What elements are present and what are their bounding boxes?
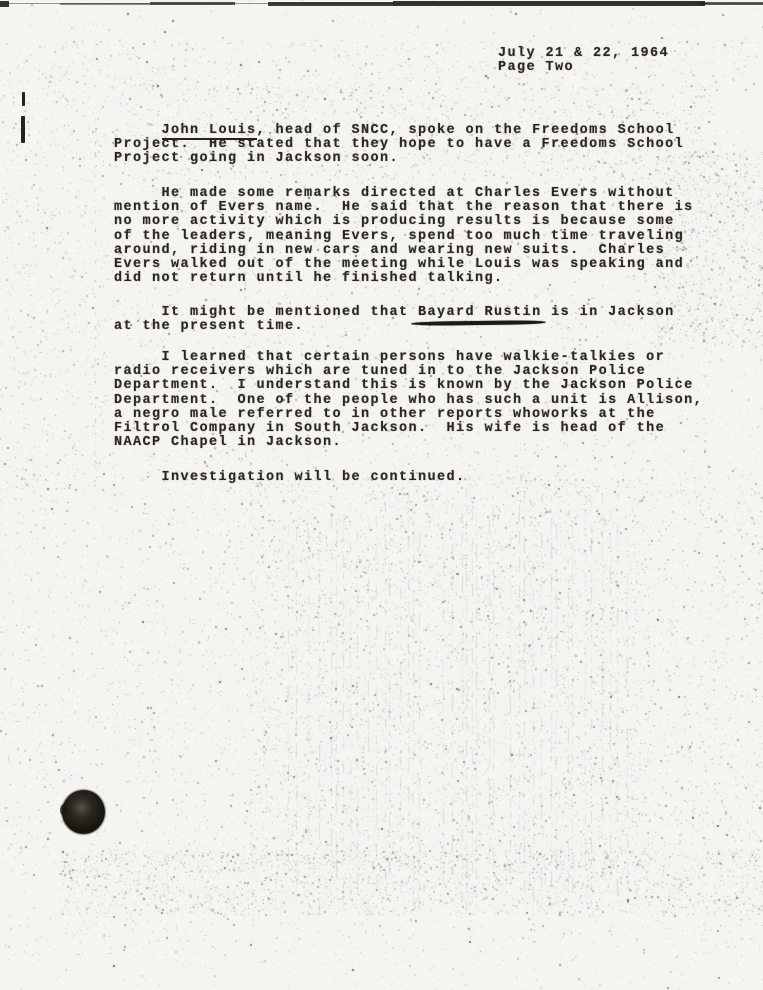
edge-segment	[268, 2, 393, 6]
typed-line: NAACP Chapel in Jackson.	[114, 436, 703, 450]
edge-segment	[393, 1, 705, 6]
closing-line: Investigation will be continued.	[114, 471, 466, 485]
edge-segment	[60, 3, 150, 5]
underlined-phrase: Bayard Rustin	[418, 305, 542, 320]
margin-tick-mark	[21, 116, 25, 143]
typed-line: around, riding in new cars and wearing n…	[114, 244, 694, 258]
scanned-document-page: July 21 & 22, 1964 Page Two John Louis, …	[0, 0, 763, 990]
page-header: July 21 & 22, 1964 Page Two	[498, 47, 669, 75]
edge-segment	[700, 2, 763, 5]
typed-line: a negro male referred to in other report…	[114, 408, 703, 422]
typed-line: Department. One of the people who has su…	[114, 394, 703, 408]
typed-line: no more activity which is producing resu…	[114, 215, 694, 229]
paragraph-4: I learned that certain persons have walk…	[114, 351, 703, 450]
typed-line: of the leaders, meaning Evers, spend too…	[114, 230, 694, 244]
margin-tick-mark	[22, 92, 25, 106]
typed-line: Project going in Jackson soon.	[114, 152, 684, 166]
punch-hole-mark	[62, 790, 105, 834]
paragraph-2: He made some remarks directed at Charles…	[114, 187, 694, 286]
edge-segment	[150, 2, 235, 5]
scan-top-edge-artifact	[0, 0, 763, 10]
typed-line: at the present time.	[114, 320, 675, 334]
page-number-label: Page Two	[498, 61, 669, 75]
paragraph-3: It might be mentioned that Bayard Rustin…	[114, 306, 675, 334]
edge-segment	[0, 1, 9, 7]
typed-line: Department. I understand this is known b…	[114, 379, 703, 393]
paragraph-1: John Louis, head of SNCC, spoke on the F…	[114, 124, 684, 167]
typed-line: did not return until he finished talking…	[114, 272, 694, 286]
